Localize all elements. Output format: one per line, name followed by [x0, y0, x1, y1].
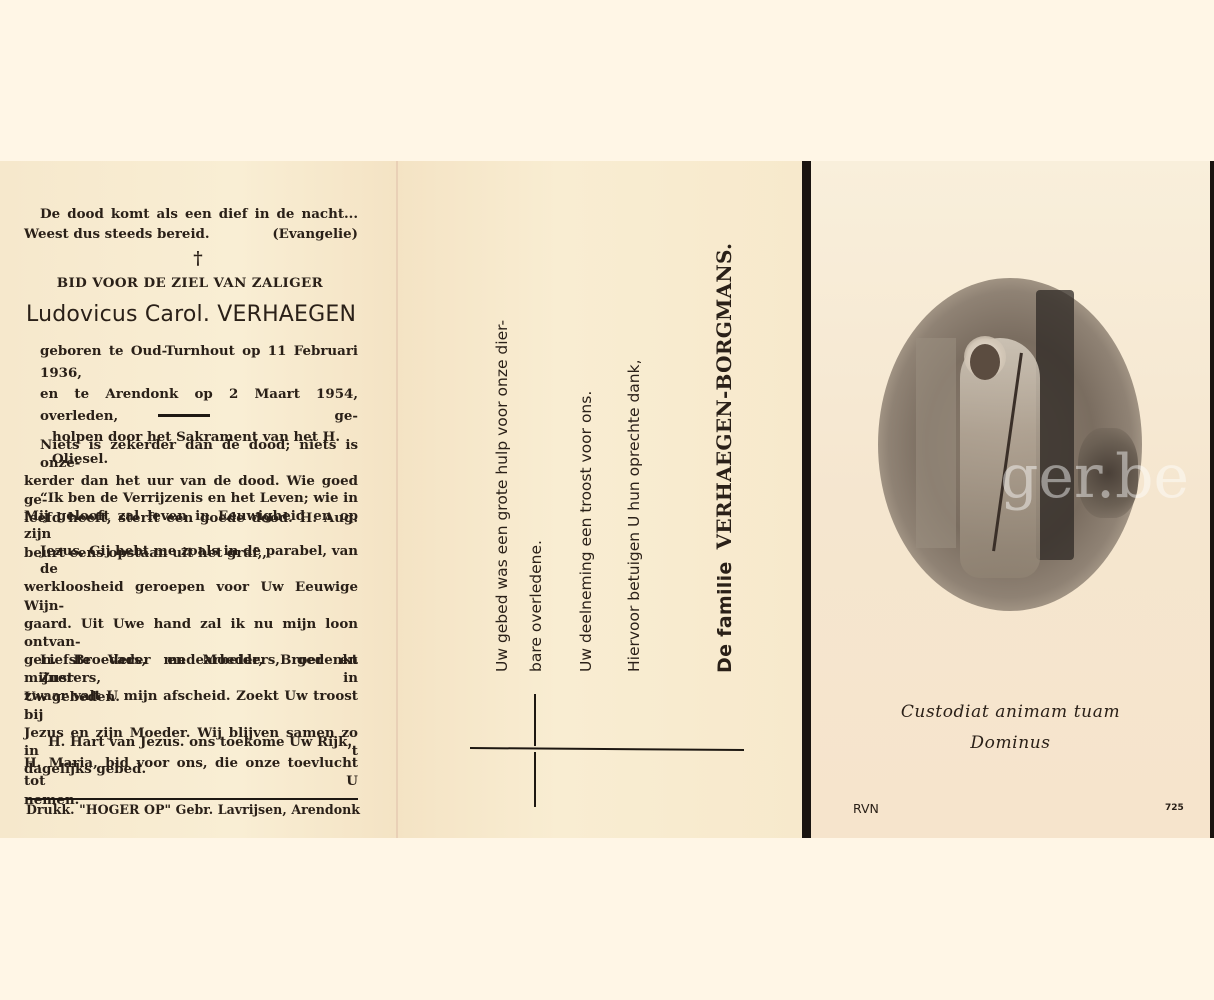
- quote-source: (Evangelie): [272, 226, 358, 243]
- text-line: “Ik ben de Verrijzenis en het Leven; wie…: [24, 489, 358, 507]
- text-line: zwaar valt U mijn afscheid. Zoekt Uw tro…: [24, 687, 358, 723]
- head-shape: [970, 344, 1000, 380]
- card-number: 725: [1165, 803, 1184, 813]
- latin-inscription-line1: Custodiat animam tuam: [811, 702, 1210, 722]
- footer-rule: [26, 798, 358, 800]
- text-line: geboren te Oud-Turnhout op 11 Februari 1…: [24, 341, 358, 384]
- text-line: Jezus, Gij hebt me zoals in de parabel, …: [24, 542, 358, 578]
- family-label: De familie: [714, 561, 736, 673]
- prayer-heading: BID VOOR DE ZIEL VAN ZALIGER: [0, 275, 380, 291]
- thanks-line-4: Hiervoor betuigen U hun oprechte dank,: [625, 359, 643, 672]
- deceased-name: Ludovicus Carol. VERHAEGEN: [26, 302, 360, 327]
- separator-rule: [158, 414, 210, 417]
- text-line: Uw gebed was een grote hulp voor onze di…: [493, 320, 511, 672]
- text-line: en te Arendonk op 2 Maart 1954, overlede…: [24, 384, 358, 427]
- bush-shape: [1078, 428, 1138, 518]
- gospel-quote-line2: Weest dus steeds bereid. (Evangelie): [24, 226, 358, 243]
- address-line-vertical-bottom: [534, 752, 536, 807]
- devotional-image-christ-at-door: [878, 278, 1142, 611]
- family-signature: De familieVERHAEGEN-BORGMANS.: [712, 243, 736, 673]
- text-line: Niets is zekerder dan de dood; niets is …: [24, 436, 358, 472]
- text-line: H. Maria, bid voor ons, die onze toevluc…: [24, 754, 358, 790]
- printer-credit: Drukk. "HOGER OP" Gebr. Lavrijsen, Arend…: [26, 802, 360, 817]
- text-line: werkloosheid geroepen voor Uw Eeuwige Wi…: [24, 578, 358, 614]
- publisher-mark: RVN: [853, 801, 879, 816]
- thanks-line-2: bare overledene.: [527, 540, 545, 672]
- thanks-line-3: Uw deelneming een troost voor ons.: [577, 391, 595, 672]
- text-line: H. Hart van Jezus. ons toekome Uw Rijk.: [24, 733, 358, 751]
- quote-text: Weest dus steeds bereid.: [24, 226, 210, 243]
- text-line: Liefste Vader en Moeder, Broer en Zuster…: [24, 651, 358, 687]
- latin-inscription-line2: Dominus: [811, 733, 1210, 753]
- door-shape: [916, 338, 956, 548]
- text-line: gaard. Uit Uwe hand zal ik nu mijn loon …: [24, 615, 358, 651]
- thanks-line-1: Uw gebed was een grote hulp voor onze di…: [493, 222, 511, 672]
- mourning-border-right: [1210, 161, 1214, 838]
- mourning-border-left: [802, 161, 811, 838]
- prayer-card-middle-panel: [396, 161, 802, 838]
- address-line-vertical-top: [534, 694, 536, 746]
- family-name: VERHAEGEN-BORGMANS.: [712, 243, 736, 550]
- card-fold-line: [396, 161, 398, 838]
- text-line: Mij gelooft zal leven in Eeuwigheid en o…: [24, 507, 358, 543]
- gospel-quote-line1: De dood komt als een dief in de nacht...: [24, 206, 358, 223]
- wall-shadow: [1036, 290, 1074, 560]
- cross-icon: †: [0, 248, 396, 269]
